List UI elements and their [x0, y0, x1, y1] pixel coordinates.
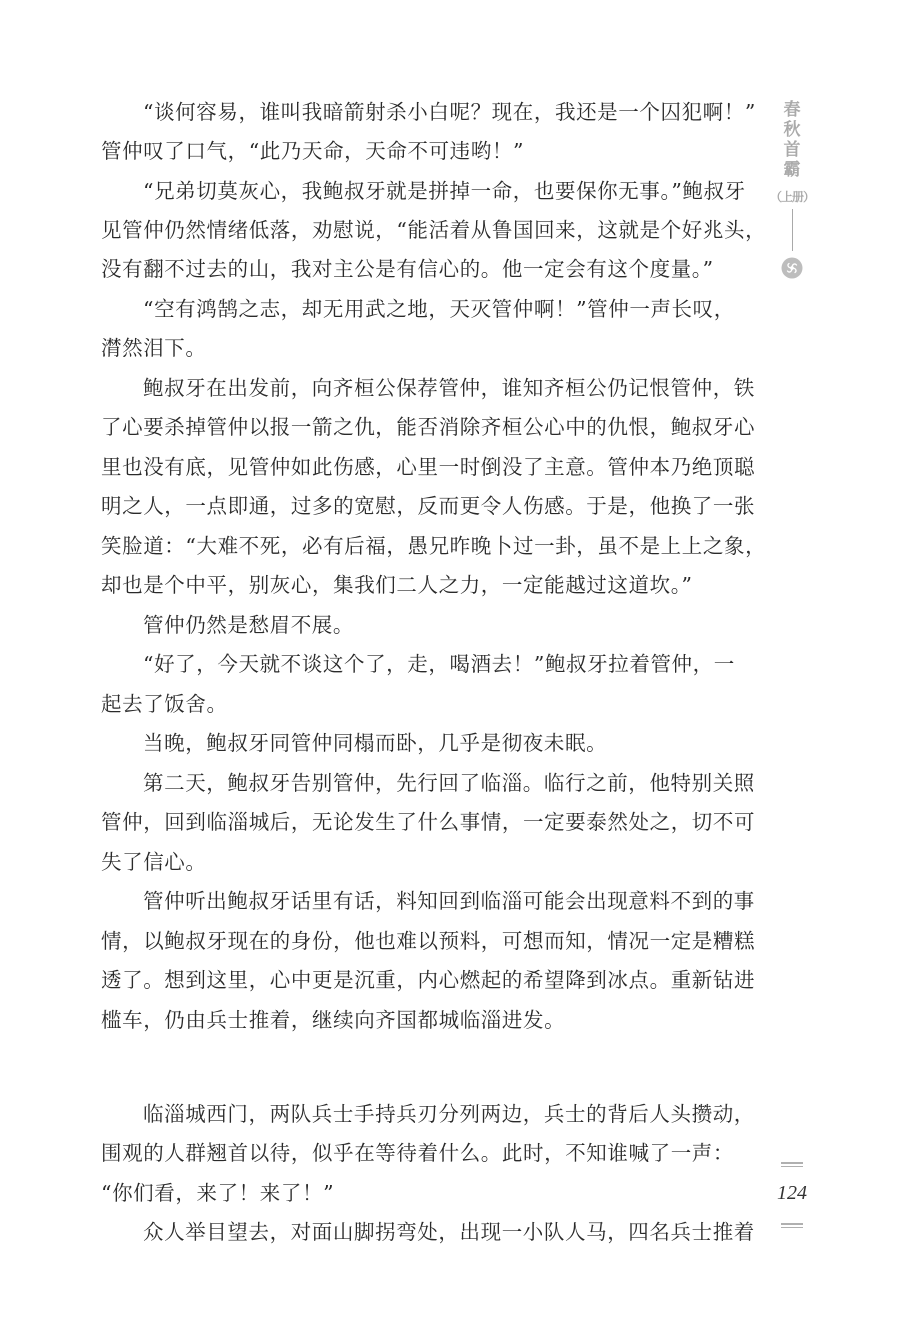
text-line: 众人举目望去，对面山脚拐弯处，出现一小队人马，四名兵士推着 [143, 1217, 726, 1247]
text-line: 了心要杀掉管仲以报一箭之仇，能否消除齐桓公心中的仇恨，鲍叔牙心 [101, 412, 726, 442]
text-line: 却也是个中平，别灰心，集我们二人之力，一定能越过这道坎。” [101, 570, 693, 600]
swirl-emblem-icon [781, 257, 803, 279]
text-line: 管仲听出鲍叔牙话里有话，料知回到临淄可能会出现意料不到的事 [143, 886, 726, 916]
book-title-char: 秋 [784, 120, 801, 140]
text-line: 失了信心。 [101, 847, 207, 877]
text-line: 起去了饭舍。 [101, 689, 228, 719]
book-title-char: 春 [784, 100, 801, 120]
text-line: 明之人，一点即通，过多的宽慰，反而更令人伤感。于是，他换了一张 [101, 491, 726, 521]
text-line: “兄弟切莫灰心，我鲍叔牙就是拼掉一命，也要保你无事。”鲍叔牙 [143, 176, 726, 206]
text-line: “空有鸿鹄之志，却无用武之地，天灭管仲啊！”管仲一声长叹， [143, 294, 726, 324]
text-line: 情，以鲍叔牙现在的身份，他也难以预料，可想而知，情况一定是糟糕 [101, 926, 726, 956]
text-line: 里也没有底，见管仲如此伤感，心里一时倒没了主意。管仲本乃绝顶聪 [101, 452, 726, 482]
text-line: 管仲，回到临淄城后，无论发生了什么事情，一定要泰然处之，切不可 [101, 807, 726, 837]
book-title-char: 首 [784, 140, 801, 160]
text-line: “你们看，来了！来了！” [101, 1178, 334, 1208]
text-line: 笑脸道：“大难不死，必有后福，愚兄昨晚卜过一卦，虽不是上上之象， [101, 531, 726, 561]
page-folio: 124 [772, 1162, 812, 1228]
text-line: 透了。想到这里，心中更是沉重，内心燃起的希望降到冰点。重新钻进 [101, 965, 726, 995]
text-line: 当晚，鲍叔牙同管仲同榻而卧，几乎是彻夜未眠。 [143, 728, 607, 758]
text-line: 潸然泪下。 [101, 333, 207, 363]
volume-label: （上册） [770, 188, 814, 205]
text-line: 鲍叔牙在出发前，向齐桓公保荐管仲，谁知齐桓公仍记恨管仲，铁 [143, 373, 726, 403]
book-page: “谈何容易，谁叫我暗箭射杀小白呢？现在，我还是一个囚犯啊！” 管仲叹了口气，“此… [0, 0, 913, 1338]
text-line: 临淄城西门，两队兵士手持兵刃分列两边，兵士的背后人头攒动， [143, 1099, 726, 1129]
text-line: 围观的人群翘首以待，似乎在等待着什么。此时，不知谁喊了一声： [101, 1138, 726, 1168]
divider-line [792, 209, 793, 251]
book-title-char: 霸 [784, 160, 801, 180]
folio-rule-top [781, 1162, 803, 1167]
page-number: 124 [772, 1183, 812, 1203]
text-line: 管仲仍然是愁眉不展。 [143, 610, 354, 640]
running-book-title: 春 秋 首 霸 （上册） [775, 100, 809, 279]
text-line: 见管仲仍然情绪低落，劝慰说，“能活着从鲁国回来，这就是个好兆头， [101, 215, 726, 245]
text-line: 槛车，仍由兵士推着，继续向齐国都城临淄进发。 [101, 1005, 565, 1035]
text-line: “谈何容易，谁叫我暗箭射杀小白呢？现在，我还是一个囚犯啊！” [143, 97, 726, 127]
text-line: “好了，今天就不谈这个了，走，喝酒去！”鲍叔牙拉着管仲，一 [143, 649, 726, 679]
text-line: 没有翻不过去的山，我对主公是有信心的。他一定会有这个度量。” [101, 254, 714, 284]
text-line: 管仲叹了口气，“此乃天命，天命不可违哟！” [101, 136, 524, 166]
folio-rule-bottom [781, 1223, 803, 1228]
text-line: 第二天，鲍叔牙告别管仲，先行回了临淄。临行之前，他特别关照 [143, 768, 726, 798]
